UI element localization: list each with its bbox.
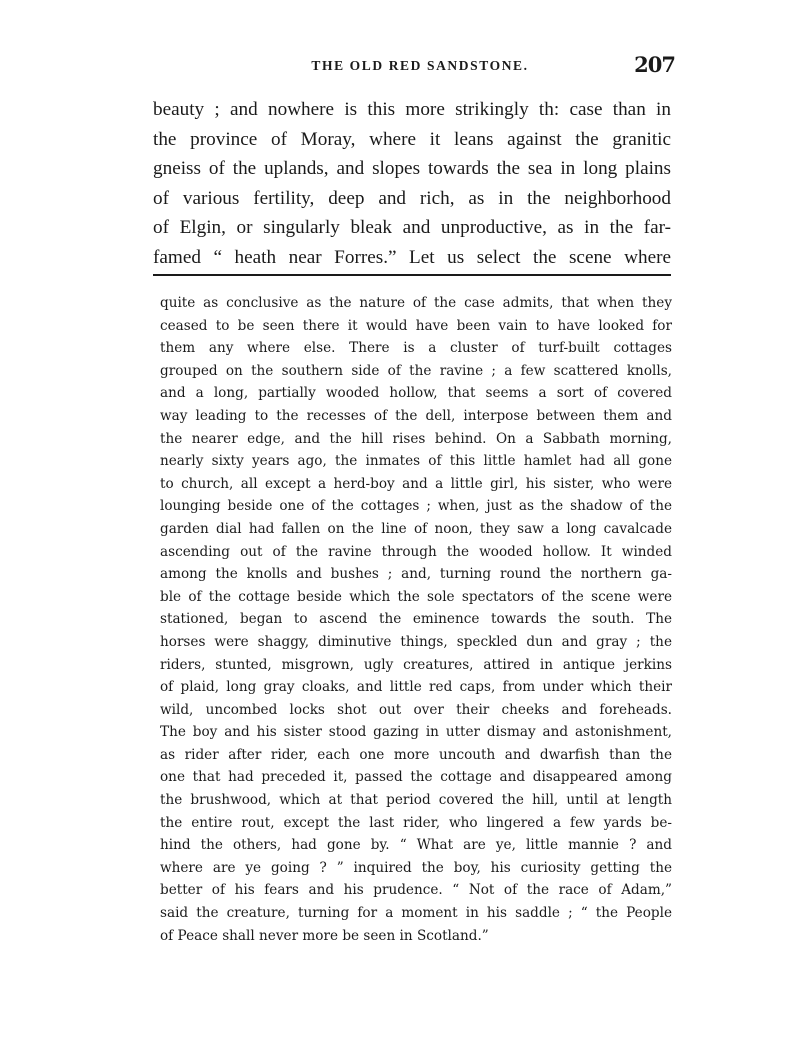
footnote-line: where are ye going ? ” inquired the boy,… (160, 857, 672, 880)
footnote-line: and a long, partially wooded hollow, tha… (160, 382, 672, 405)
footnote-line: way leading to the recesses of the dell,… (160, 405, 672, 428)
footnote-line: The boy and his sister stood gazing in u… (160, 721, 672, 744)
footnote-line: one that had preceded it, passed the cot… (160, 766, 672, 789)
footnote-line: of Peace shall never more be seen in Sco… (160, 925, 672, 948)
footnote-line: the nearer edge, and the hill rises behi… (160, 428, 672, 451)
footnote-line: better of his fears and his prudence. “ … (160, 879, 672, 902)
footnote-line: ascending out of the ravine through the … (160, 541, 672, 564)
main-body-text: beauty ; and nowhere is this more striki… (153, 95, 671, 273)
footnote-line: nearly sixty years ago, the inmates of t… (160, 450, 672, 473)
footnote-line: wild, uncombed locks shot out over their… (160, 699, 672, 722)
footnote-line: grouped on the southern side of the ravi… (160, 360, 672, 383)
footnote-line: ble of the cottage beside which the sole… (160, 586, 672, 609)
footnote-line: said the creature, turning for a moment … (160, 902, 672, 925)
footnote-line: as rider after rider, each one more unco… (160, 744, 672, 767)
footnote-line: the brushwood, which at that period cove… (160, 789, 672, 812)
footnote-line: of plaid, long gray cloaks, and little r… (160, 676, 672, 699)
footnote-line: riders, stunted, misgrown, ugly creature… (160, 654, 672, 677)
body-line: famed “ heath near Forres.” Let us selec… (153, 243, 671, 273)
running-title: THE OLD RED SANDSTONE. (155, 58, 675, 74)
page-number: 207 (634, 52, 675, 77)
footnote-line: them any where else. There is a cluster … (160, 337, 672, 360)
footnote-separator-rule (153, 274, 671, 276)
footnote-line: garden dial had fallen on the line of no… (160, 518, 672, 541)
body-line: beauty ; and nowhere is this more striki… (153, 95, 671, 125)
body-line: the province of Moray, where it leans ag… (153, 125, 671, 155)
body-line: gneiss of the uplands, and slopes toward… (153, 154, 671, 184)
footnote-line: stationed, began to ascend the eminence … (160, 608, 672, 631)
body-line: of Elgin, or singularly bleak and unprod… (153, 213, 671, 243)
footnote-line: horses were shaggy, diminutive things, s… (160, 631, 672, 654)
book-page: THE OLD RED SANDSTONE. 207 beauty ; and … (0, 0, 800, 1050)
footnote-line: to church, all except a herd-boy and a l… (160, 473, 672, 496)
footnote-line: among the knolls and bushes ; and, turni… (160, 563, 672, 586)
running-head: THE OLD RED SANDSTONE. 207 (155, 50, 675, 80)
footnote-text: quite as conclusive as the nature of the… (160, 292, 672, 947)
footnote-line: ceased to be seen there it would have be… (160, 315, 672, 338)
footnote-line: hind the others, had gone by. “ What are… (160, 834, 672, 857)
footnote-line: lounging beside one of the cottages ; wh… (160, 495, 672, 518)
footnote-line: the entire rout, except the last rider, … (160, 812, 672, 835)
body-line: of various fertility, deep and rich, as … (153, 184, 671, 214)
footnote-line: quite as conclusive as the nature of the… (160, 292, 672, 315)
